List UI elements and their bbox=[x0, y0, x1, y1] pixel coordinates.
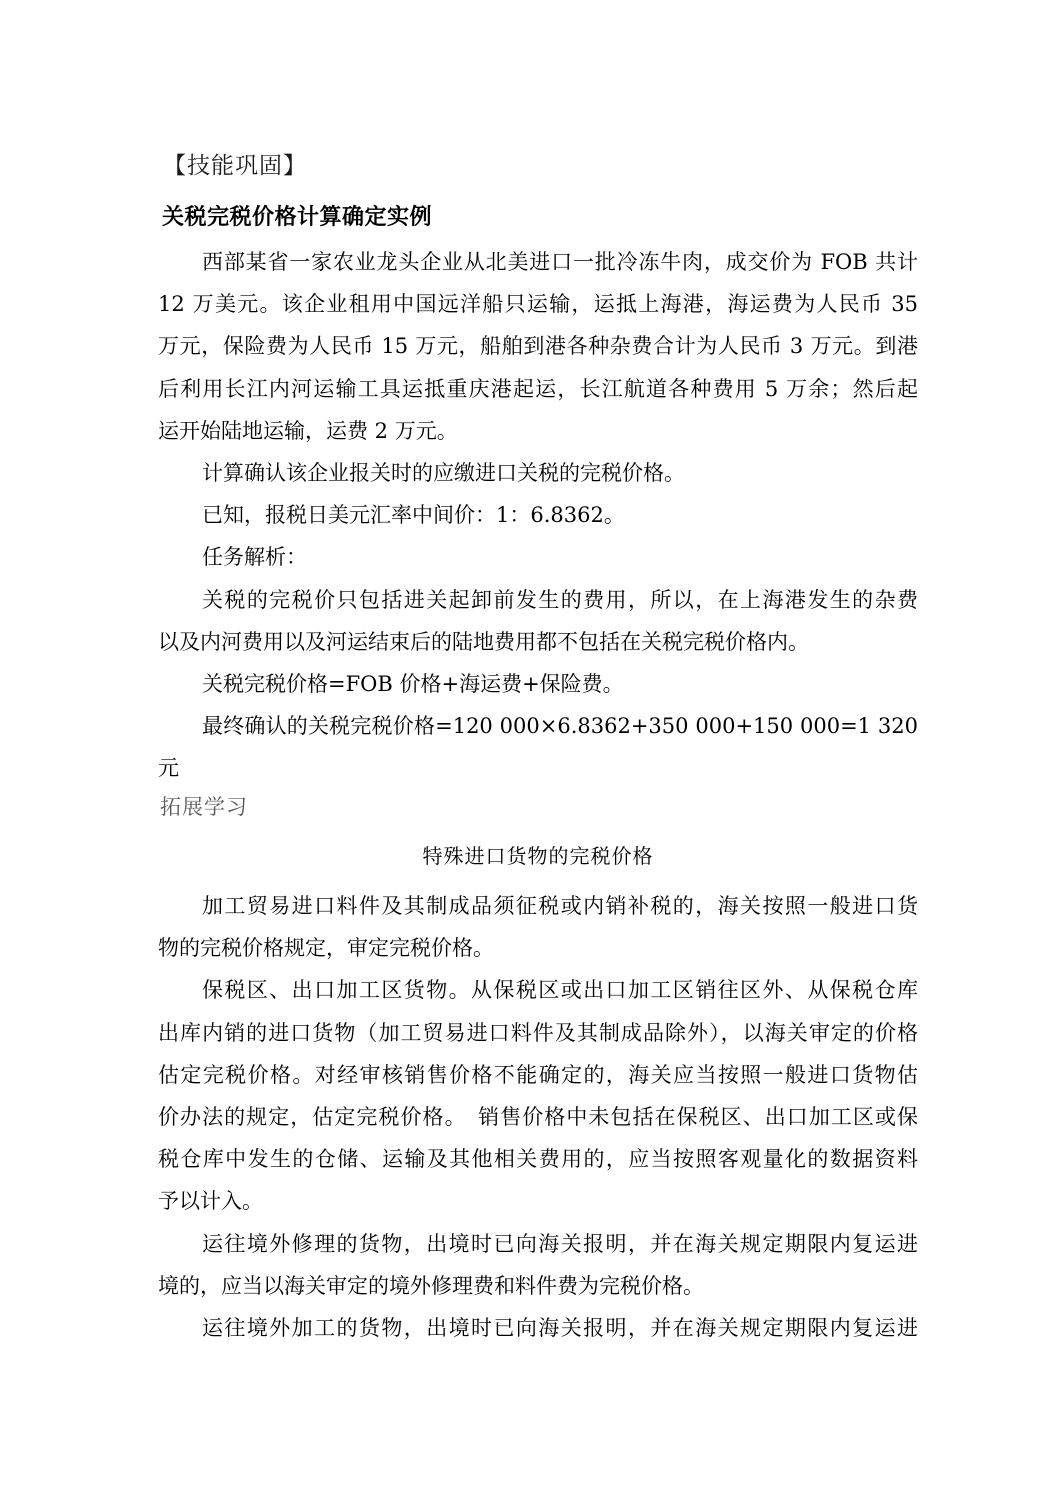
section-heading-expand: 拓展学习 bbox=[160, 792, 248, 822]
text-line: 境的，应当以海关审定的境外修理费和料件费为完税价格。 bbox=[158, 1265, 918, 1307]
text-line: 运开始陆地运输，运费 2 万元。 bbox=[158, 410, 918, 452]
text-line: 西部某省一家农业龙头企业从北美进口一批冷冻牛肉，成交价为 FOB 共计 bbox=[158, 241, 918, 283]
text-line: 万元，保险费为人民币 15 万元，船舶到港各种杂费合计为人民币 3 万元。到港 bbox=[158, 325, 918, 367]
text-line: 12 万美元。该企业租用中国远洋船只运输，运抵上海港，海运费为人民币 35 bbox=[158, 283, 918, 325]
text-line: 保税区、出口加工区货物。从保税区或出口加工区销往区外、从保税仓库 bbox=[158, 969, 918, 1011]
text-line: 税仓库中发生的仓储、运输及其他相关费用的，应当按照客观量化的数据资料 bbox=[158, 1138, 918, 1180]
text-line: 加工贸易进口料件及其制成品须征税或内销补税的，海关按照一般进口货 bbox=[158, 885, 918, 927]
expand-body: 加工贸易进口料件及其制成品须征税或内销补税的，海关按照一般进口货 物的完税价格规… bbox=[158, 885, 918, 1349]
text-line: 关税完税价格=FOB 价格+海运费+保险费。 bbox=[158, 663, 918, 705]
text-line: 已知，报税日美元汇率中间价：1：6.8362。 bbox=[158, 494, 918, 536]
text-line: 后利用长江内河运输工具运抵重庆港起运，长江航道各种费用 5 万余；然后起 bbox=[158, 368, 918, 410]
text-line: 物的完税价格规定，审定完税价格。 bbox=[158, 927, 918, 969]
text-line: 予以计入。 bbox=[158, 1180, 918, 1222]
text-line: 估定完税价格。对经审核销售价格不能确定的，海关应当按照一般进口货物估 bbox=[158, 1054, 918, 1096]
text-line: 计算确认该企业报关时的应缴进口关税的完税价格。 bbox=[158, 452, 918, 494]
text-line: 出库内销的进口货物（加工贸易进口料件及其制成品除外），以海关审定的价格 bbox=[158, 1012, 918, 1054]
text-line: 价办法的规定，估定完税价格。 销售价格中未包括在保税区、出口加工区或保 bbox=[158, 1096, 918, 1138]
text-line: 元 bbox=[158, 747, 918, 789]
text-line: 任务解析： bbox=[158, 536, 918, 578]
section-heading-skill: 【技能巩固】 bbox=[163, 150, 307, 182]
special-goods-title: 特殊进口货物的完税价格 bbox=[158, 841, 918, 871]
document-page: 【技能巩固】 关税完税价格计算确定实例 西部某省一家农业龙头企业从北美进口一批冷… bbox=[0, 0, 1059, 1497]
text-line: 运往境外加工的货物，出境时已向海关报明，并在海关规定期限内复运进 bbox=[158, 1307, 918, 1349]
text-line: 运往境外修理的货物，出境时已向海关报明，并在海关规定期限内复运进 bbox=[158, 1223, 918, 1265]
text-line: 最终确认的关税完税价格=120 000×6.8362+350 000+150 0… bbox=[158, 705, 918, 747]
text-line: 以及内河费用以及河运结束后的陆地费用都不包括在关税完税价格内。 bbox=[158, 621, 918, 663]
example-title: 关税完税价格计算确定实例 bbox=[162, 201, 432, 233]
text-line: 关税的完税价只包括进关起卸前发生的费用，所以，在上海港发生的杂费 bbox=[158, 579, 918, 621]
example-body: 西部某省一家农业龙头企业从北美进口一批冷冻牛肉，成交价为 FOB 共计 12 万… bbox=[158, 241, 918, 789]
